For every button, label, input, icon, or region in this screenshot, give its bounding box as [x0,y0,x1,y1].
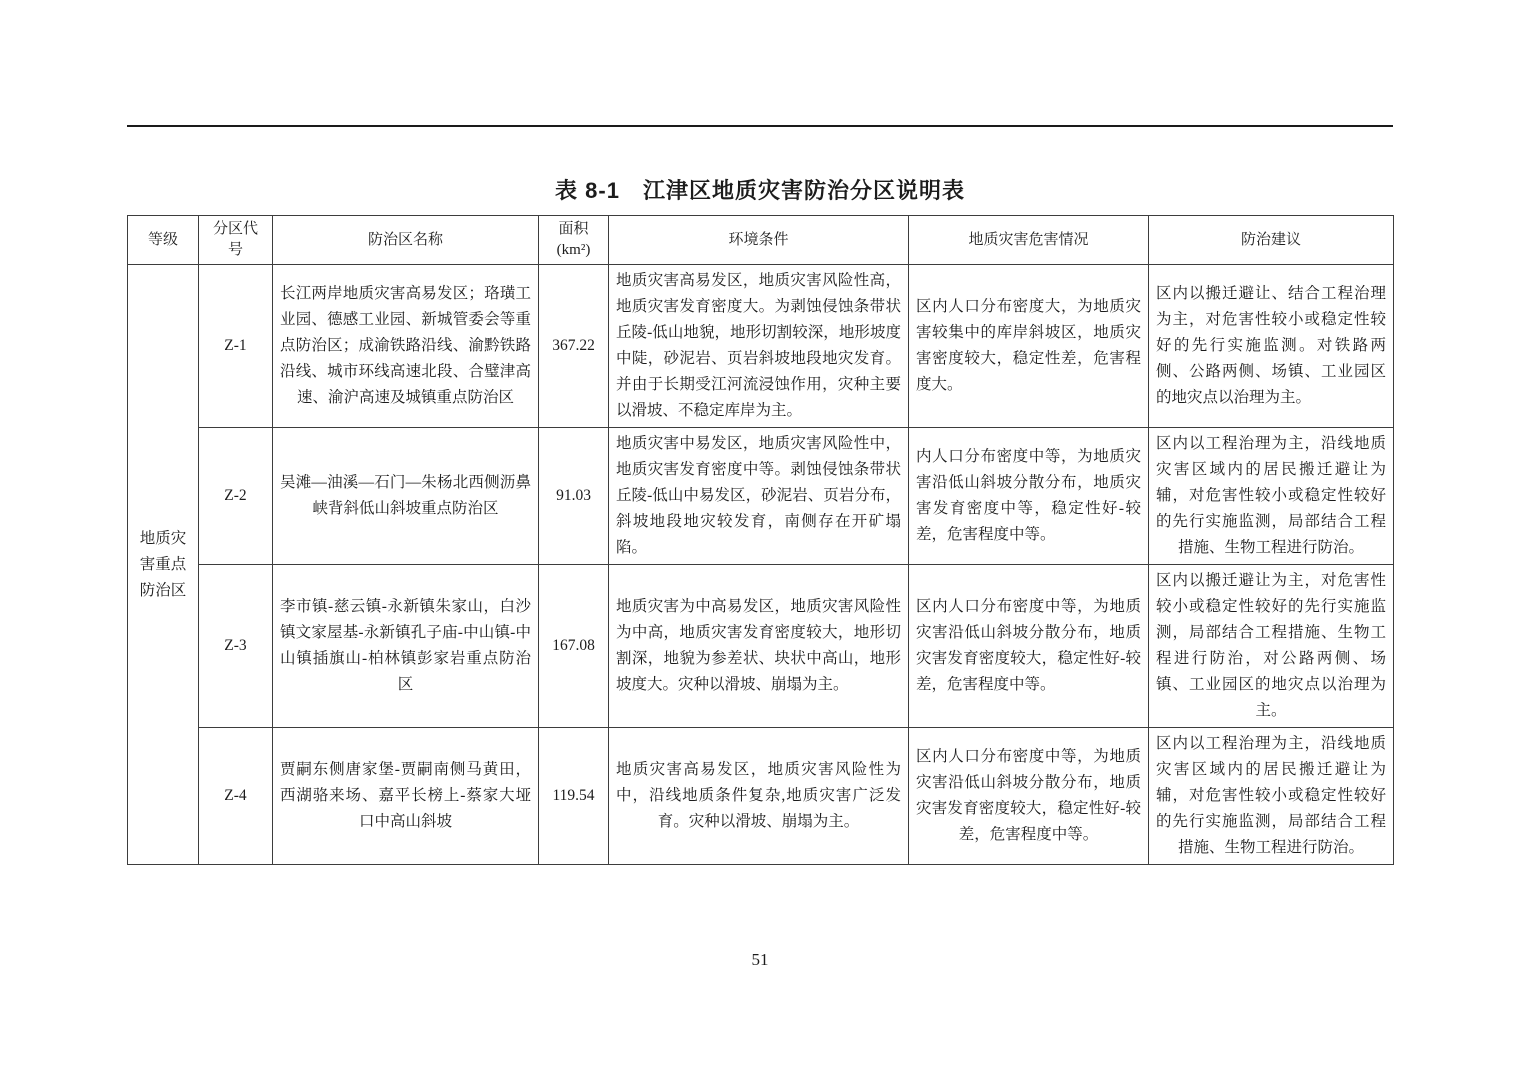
zone-environment-z3: 地质灾害为中高易发区，地质灾害风险性为中高，地质灾害发育密度较大，地形切割深，地… [609,565,909,728]
level-group-cell: 地质灾害重点防治区 [128,265,199,865]
zone-suggestion-z4: 区内以工程治理为主，沿线地质灾害区域内的居民搬迁避让为辅，对危害性较小或稳定性较… [1149,728,1394,865]
table-header-row: 等级 分区代号 防治区名称 面积 (km²) 环境条件 地质灾害危害情况 防治建… [128,216,1394,265]
header-level: 等级 [128,216,199,265]
header-area-label: 面积 [546,219,601,240]
table-row-z4: Z-4 贾嗣东侧唐家堡-贾嗣南侧马黄田，西湖骆来场、嘉平长榜上-蔡家大垭口中高山… [128,728,1394,865]
zone-hazard-z2: 内人口分布密度中等，为地质灾害沿低山斜坡分散分布，地质灾害发育密度中等，稳定性好… [909,428,1149,565]
zone-suggestion-z2: 区内以工程治理为主，沿线地质灾害区域内的居民搬迁避让为辅，对危害性较小或稳定性较… [1149,428,1394,565]
table-row-z3: Z-3 李市镇-慈云镇-永新镇朱家山，白沙镇文家屋基-永新镇孔子庙-中山镇-中山… [128,565,1394,728]
table-row-z1: 地质灾害重点防治区 Z-1 长江两岸地质灾害高易发区；珞璜工业园、德感工业园、新… [128,265,1394,428]
zone-code-z4: Z-4 [199,728,273,865]
header-zone-name-label: 防治区名称 [368,232,443,248]
table-title: 表 8-1 江津区地质灾害防治分区说明表 [127,174,1393,205]
zone-name-z1: 长江两岸地质灾害高易发区；珞璜工业园、德感工业园、新城管委会等重点防治区；成渝铁… [273,265,539,428]
zone-area-z2: 91.03 [539,428,609,565]
zone-code-z2: Z-2 [199,428,273,565]
zone-code-z1: Z-1 [199,265,273,428]
header-suggestion: 防治建议 [1149,216,1394,265]
zone-name-z2: 吴滩—油溪—石门—朱杨北西侧沥鼻峡背斜低山斜坡重点防治区 [273,428,539,565]
zone-name-z3: 李市镇-慈云镇-永新镇朱家山，白沙镇文家屋基-永新镇孔子庙-中山镇-中山镇插旗山… [273,565,539,728]
zone-area-z3: 167.08 [539,565,609,728]
header-suggestion-label: 防治建议 [1241,232,1301,248]
zone-hazard-z1: 区内人口分布密度大，为地质灾害较集中的库岸斜坡区，地质灾害密度较大，稳定性差，危… [909,265,1149,428]
zone-area-z1: 367.22 [539,265,609,428]
zone-hazard-z4: 区内人口分布密度中等，为地质灾害沿低山斜坡分散分布，地质灾害发育密度较大，稳定性… [909,728,1149,865]
header-level-label: 等级 [148,232,178,248]
header-rule [127,125,1393,127]
zone-name-z4: 贾嗣东侧唐家堡-贾嗣南侧马黄田，西湖骆来场、嘉平长榜上-蔡家大垭口中高山斜坡 [273,728,539,865]
document-page: 表 8-1 江津区地质灾害防治分区说明表 等级 分区代号 防治区名称 面积 (k… [0,0,1520,1074]
header-hazard-label: 地质灾害危害情况 [968,232,1088,248]
header-area-unit: (km²) [546,240,601,261]
header-environment-label: 环境条件 [728,232,788,248]
zone-hazard-z3: 区内人口分布密度中等，为地质灾害沿低山斜坡分散分布，地质灾害发育密度较大，稳定性… [909,565,1149,728]
table-row-z2: Z-2 吴滩—油溪—石门—朱杨北西侧沥鼻峡背斜低山斜坡重点防治区 91.03 地… [128,428,1394,565]
zoning-table: 等级 分区代号 防治区名称 面积 (km²) 环境条件 地质灾害危害情况 防治建… [127,215,1394,865]
zone-suggestion-z3: 区内以搬迁避让为主，对危害性较小或稳定性较好的先行实施监测，局部结合工程措施、生… [1149,565,1394,728]
zone-suggestion-z1: 区内以搬迁避让、结合工程治理为主，对危害性较小或稳定性较好的先行实施监测。对铁路… [1149,265,1394,428]
header-zone-code: 分区代号 [199,216,273,265]
page-number: 51 [0,950,1520,970]
zone-area-z4: 119.54 [539,728,609,865]
header-hazard: 地质灾害危害情况 [909,216,1149,265]
zone-environment-z2: 地质灾害中易发区，地质灾害风险性中，地质灾害发育密度中等。剥蚀侵蚀条带状丘陵-低… [609,428,909,565]
zone-environment-z4: 地质灾害高易发区，地质灾害风险性为中，沿线地质条件复杂,地质灾害广泛发育。灾种以… [609,728,909,865]
zone-environment-z1: 地质灾害高易发区，地质灾害风险性高，地质灾害发育密度大。为剥蚀侵蚀条带状丘陵-低… [609,265,909,428]
zone-code-z3: Z-3 [199,565,273,728]
header-environment: 环境条件 [609,216,909,265]
header-area: 面积 (km²) [539,216,609,265]
header-zone-code-label: 分区代号 [211,219,261,261]
header-zone-name: 防治区名称 [273,216,539,265]
